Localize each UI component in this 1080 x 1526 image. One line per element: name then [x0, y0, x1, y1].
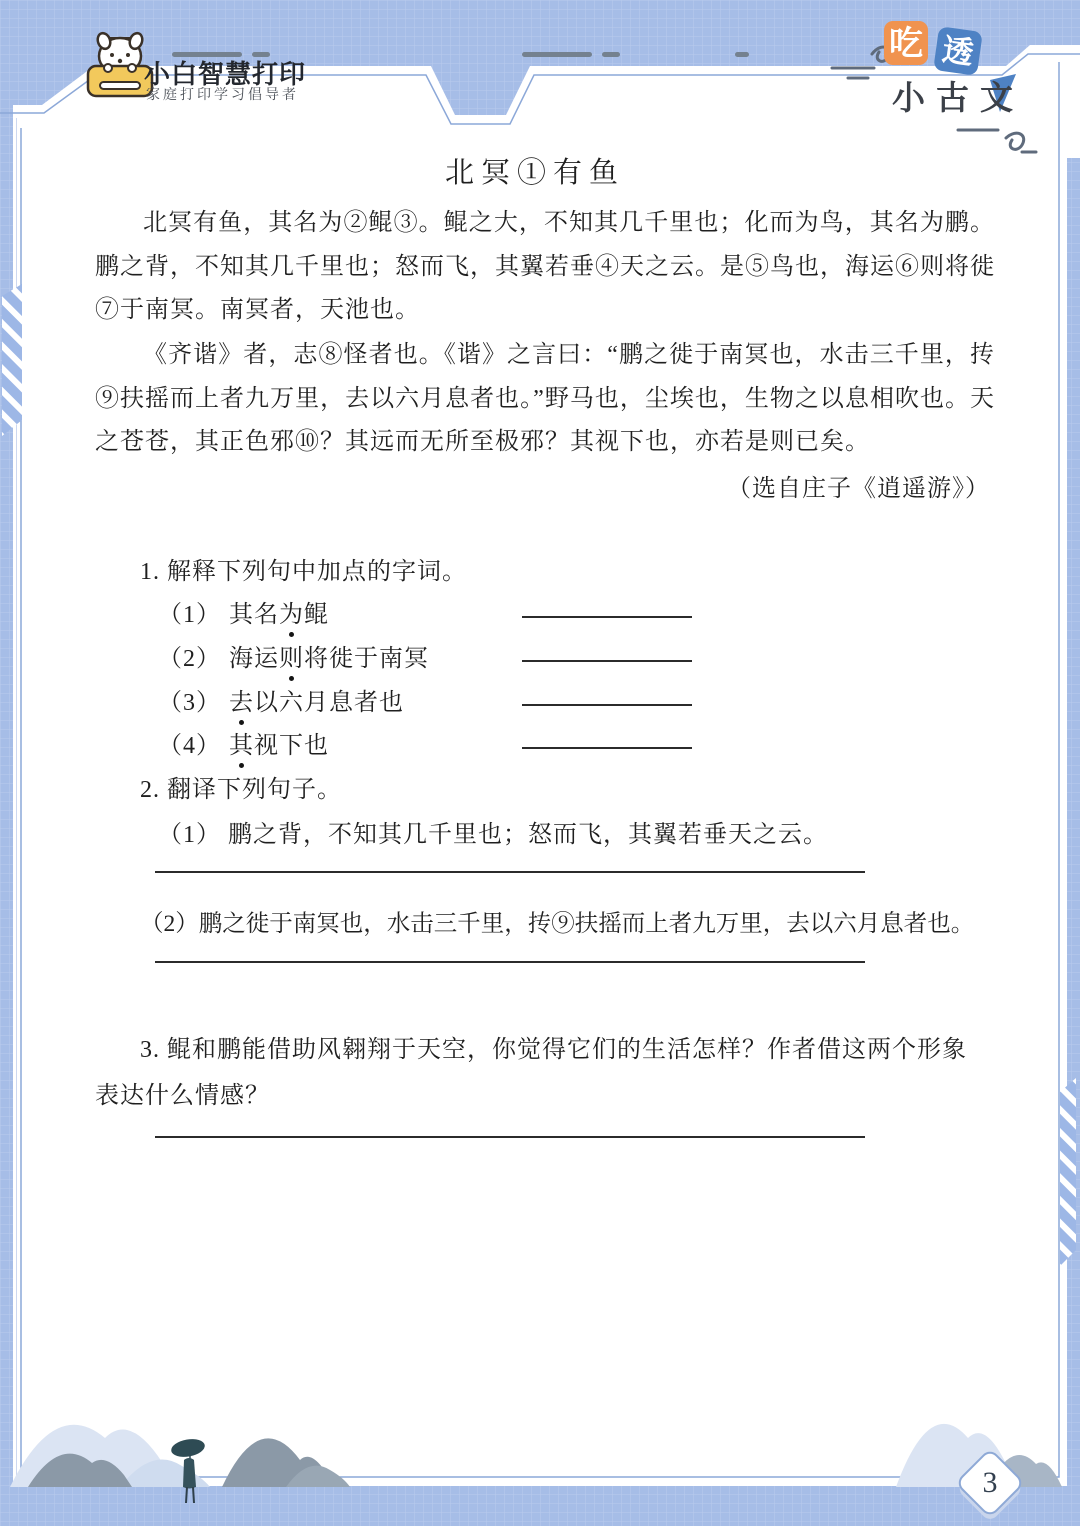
item-text-pre: 其名: [229, 602, 279, 628]
series-badge-subtitle: 小古文: [892, 72, 1052, 119]
answer-blank-1: [522, 616, 692, 618]
right-striped-bar: [1060, 1078, 1076, 1266]
answer-blank-4: [522, 747, 692, 749]
item-text-post: 以六月息者也: [254, 690, 404, 716]
series-badge-char-right: 透: [933, 26, 983, 76]
passage-paragraph-2: 《齐谐》者，志⑧怪者也。《谐》之言曰：“鹏之徙于南冥也，水击三千里，抟⑨扶摇而上…: [95, 334, 995, 465]
brand-tagline: 家庭打印学习倡导者: [146, 84, 299, 104]
item-text-post: 视下也: [254, 733, 329, 759]
passage-paragraph-1: 北冥有鱼，其名为②鲲③。鲲之大，不知其几千里也；化而为鸟，其名为鹏。鹏之背，不知…: [95, 202, 995, 333]
right-border-strip: [1067, 158, 1080, 1526]
question-1-items: （1）其名为鲲 （2）海运则将徙于南冥 （3）去以六月息者也 （4）其视下也: [158, 594, 878, 774]
question-1-item-2: （2）海运则将徙于南冥: [158, 638, 878, 678]
answer-line-1: [155, 871, 865, 873]
item-text-post: 鲲: [304, 602, 329, 628]
dotted-character: 则: [279, 638, 304, 673]
question-2-label: 2. 翻译下列句子。: [140, 769, 342, 804]
answer-blank-2: [522, 660, 692, 662]
series-badge-char-left: 吃: [884, 21, 928, 65]
passage-source: （选自庄子《逍遥游》）: [95, 468, 990, 503]
question-3-line-2: 表达什么情感？: [95, 1075, 975, 1110]
question-1-label: 1. 解释下列句中加点的字词。: [140, 551, 467, 586]
question-1-item-3: （3）去以六月息者也: [158, 682, 878, 722]
item-number: （3）: [158, 690, 221, 716]
item-text-post: 将徙于南冥: [304, 646, 429, 672]
item-number: （4）: [158, 733, 221, 759]
dotted-character: 去: [229, 682, 254, 717]
item-number: （1）: [158, 602, 221, 628]
question-3-line-1: 3. 鲲和鹏能借助风翱翔于天空，你觉得它们的生活怎样？作者借这两个形象: [140, 1029, 1020, 1064]
question-1-item-4: （4）其视下也: [158, 725, 878, 765]
left-striped-bar: [2, 284, 22, 436]
answer-line-3: [155, 1136, 865, 1138]
question-2-item-2: （2）鹏之徙于南冥也，水击三千里，抟⑨扶摇而上者九万里，去以六月息者也。: [140, 904, 1010, 938]
dotted-character: 其: [229, 725, 254, 760]
answer-line-2: [155, 961, 865, 963]
dotted-character: 为: [279, 594, 304, 629]
page-number: 3: [972, 1461, 1008, 1505]
item-text-pre: 海运: [229, 646, 279, 672]
question-2-item-1: （1） 鹏之背，不知其几千里也；怒而飞，其翼若垂天之云。: [158, 814, 998, 849]
answer-blank-3: [522, 704, 692, 706]
passage-title: 北冥①有鱼: [95, 150, 975, 191]
bottom-border-band: [0, 1486, 1080, 1526]
item-number: （2）: [158, 646, 221, 672]
question-1-item-1: （1）其名为鲲: [158, 594, 878, 634]
